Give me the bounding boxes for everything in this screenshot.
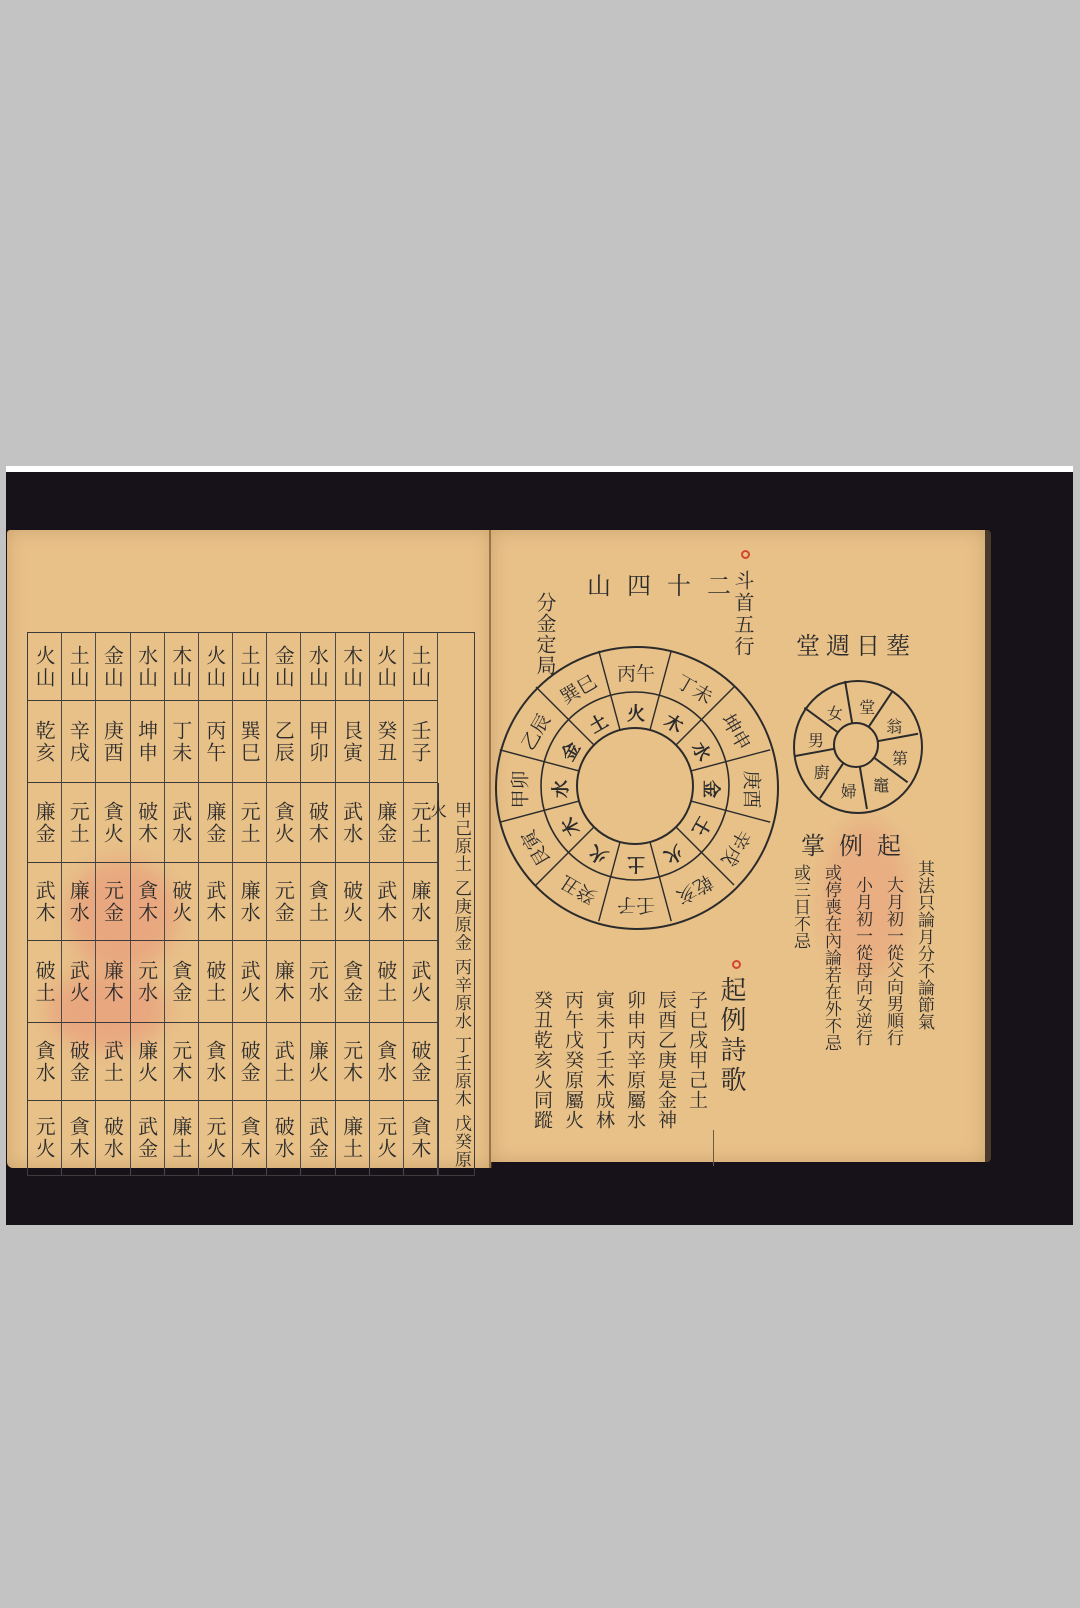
compass-outer-label: 壬子 (617, 893, 655, 920)
table-cell: 乾亥 (28, 701, 62, 783)
table-cell: 元土 (404, 783, 438, 863)
table-cell: 廉土 (165, 1101, 199, 1175)
table-cell: 破土 (28, 941, 62, 1023)
table-cell: 貪火 (96, 783, 130, 863)
table-cell: 貪木 (233, 1101, 267, 1175)
table-cell: 貪木 (404, 1101, 438, 1175)
table-cell: 丁未 (165, 701, 199, 783)
table-cell: 武土 (267, 1023, 301, 1101)
table-header-cell: 土山 (62, 633, 96, 701)
page-rule (713, 1130, 714, 1166)
table-cell: 元土 (62, 783, 96, 863)
table-cell: 武火 (62, 941, 96, 1023)
table-cell: 貪土 (301, 863, 335, 941)
table-header-cell: 水山 (131, 633, 165, 701)
burial-wheel-label: 男 (808, 728, 824, 751)
poem-line: 癸丑乾亥火同蹤 (529, 990, 556, 1200)
table-header-cell: 土山 (404, 633, 438, 701)
table-cell: 武水 (336, 783, 370, 863)
table-cell: 武金 (131, 1101, 165, 1175)
table-cell: 廉金 (28, 783, 62, 863)
left-page: 火山土山金山水山木山火山土山金山水山木山火山土山乾亥辛戌庚酉坤申丁未丙午巽巳乙辰… (7, 530, 491, 1168)
table-cell: 破金 (404, 1023, 438, 1101)
table-cell: 破木 (301, 783, 335, 863)
table-cell: 武水 (165, 783, 199, 863)
table-cell: 破金 (62, 1023, 96, 1101)
table-cell: 元火 (370, 1101, 404, 1175)
table-cell: 廉水 (233, 863, 267, 941)
burial-wheel: 堂翁第竈婦廚男女 (793, 680, 923, 814)
compass-inner-label: 火 (627, 700, 645, 726)
table-grid: 火山土山金山水山木山火山土山金山水山木山火山土山乾亥辛戌庚酉坤申丁未丙午巽巳乙辰… (28, 633, 438, 1175)
burial-wheel-label: 翁 (886, 714, 902, 737)
table-cell: 貪水 (199, 1023, 233, 1101)
table-cell: 元土 (233, 783, 267, 863)
table-cell: 破土 (199, 941, 233, 1023)
table-cell: 元木 (165, 1023, 199, 1101)
table-cell: 武金 (301, 1101, 335, 1175)
palm-method-body: 其法只論月分不論節氣 大月初一從父向男順行 小月初一從母向女逆行 或停喪在內論若… (787, 860, 937, 1110)
compass-outer-label: 甲卯 (506, 770, 533, 808)
table-cell: 廉水 (404, 863, 438, 941)
table-cell: 坤申 (131, 701, 165, 783)
compass-outer-label: 庚酉 (740, 770, 767, 808)
table-cell: 武木 (370, 863, 404, 941)
side-note-column: 甲己原土 乙庚原金 丙辛原水 丁壬原木 戊癸原火 (438, 783, 474, 1175)
table-cell: 廉金 (370, 783, 404, 863)
poem-title: 起例詩歌 (713, 976, 750, 1096)
table-cell: 貪水 (370, 1023, 404, 1101)
table-cell: 元火 (199, 1101, 233, 1175)
compass-inner-label: 金 (699, 780, 725, 798)
compass-outer-label: 丙午 (617, 659, 655, 686)
table-cell: 廉金 (199, 783, 233, 863)
table-cell: 破金 (233, 1023, 267, 1101)
poem-line: 子巳戌甲己土 (684, 990, 711, 1200)
table-cell: 巽巳 (233, 701, 267, 783)
burial-wheel-label: 竈 (873, 773, 889, 796)
palm-line: 大月初一從父向男順行 (881, 876, 906, 1110)
burial-wheel-label: 廚 (814, 760, 830, 783)
table-cell: 武土 (96, 1023, 130, 1101)
palm-line: 或三日不忌 (788, 864, 813, 1110)
compass-inner-label: 土 (627, 852, 645, 878)
table-cell: 廉水 (62, 863, 96, 941)
table-cell: 元水 (131, 941, 165, 1023)
table-header-cell: 火山 (28, 633, 62, 701)
table-cell: 元金 (96, 863, 130, 941)
table-cell: 武木 (28, 863, 62, 941)
label-dou-shou-wu-xing: 斗首五行 (729, 570, 758, 658)
table-cell: 丙午 (199, 701, 233, 783)
table-cell: 破土 (370, 941, 404, 1023)
mountain-element-table: 火山土山金山水山木山火山土山金山水山木山火山土山乾亥辛戌庚酉坤申丁未丙午巽巳乙辰… (27, 632, 475, 1176)
table-cell: 破水 (267, 1101, 301, 1175)
side-note-text: 甲己原土 乙庚原金 丙辛原水 丁壬原木 戊癸原火 (439, 801, 474, 1175)
table-header-cell: 火山 (370, 633, 404, 701)
table-cell: 壬子 (404, 701, 438, 783)
table-cell: 廉火 (301, 1023, 335, 1101)
table-cell: 廉土 (336, 1101, 370, 1175)
table-cell: 武火 (233, 941, 267, 1023)
table-cell: 甲卯 (301, 701, 335, 783)
table-cell: 癸丑 (370, 701, 404, 783)
palm-method-title: 起例掌 (801, 826, 915, 861)
table-cell: 武火 (404, 941, 438, 1023)
burial-wheel-label: 堂 (859, 695, 875, 718)
table-cell: 艮寅 (336, 701, 370, 783)
table-cell: 破木 (131, 783, 165, 863)
table-header-cell: 金山 (267, 633, 301, 701)
burial-wheel-title: 塟日週堂 (796, 626, 916, 661)
poem-line: 寅未丁壬木成林 (591, 990, 618, 1200)
table-cell: 廉火 (131, 1023, 165, 1101)
manuscript-photo: 火山土山金山水山木山火山土山金山水山木山火山土山乾亥辛戌庚酉坤申丁未丙午巽巳乙辰… (6, 466, 1073, 1225)
table-cell: 元火 (28, 1101, 62, 1175)
red-circle-mark (732, 960, 741, 969)
table-cell: 元水 (301, 941, 335, 1023)
burial-wheel-label: 女 (827, 701, 843, 724)
right-page: 二十四山 斗首五行 分金定局 壬子癸丑艮寅甲卯乙辰巽巳丙午丁未坤申庚酉辛戌乾亥 … (491, 530, 991, 1162)
poem-line: 丙午戊癸原屬火 (560, 990, 587, 1200)
palm-line: 其法只論月分不論節氣 (912, 860, 937, 1110)
table-cell: 貪木 (62, 1101, 96, 1175)
table-cell: 元木 (336, 1023, 370, 1101)
palm-line: 或停喪在內論若在外不忌 (819, 864, 844, 1110)
table-cell: 貪火 (267, 783, 301, 863)
compass-dividers (495, 646, 775, 926)
table-cell: 廉木 (267, 941, 301, 1023)
table-header-cell: 木山 (336, 633, 370, 701)
table-cell: 元金 (267, 863, 301, 941)
palm-line: 小月初一從母向女逆行 (850, 876, 875, 1110)
poem-body: 子巳戌甲己土 辰酉乙庚是金神 卯申丙辛原屬水 寅未丁壬木成林 丙午戊癸原屬火 癸… (511, 990, 711, 1200)
table-cell: 貪木 (131, 863, 165, 941)
burial-wheel-label: 婦 (841, 779, 857, 802)
table-header-cell: 木山 (165, 633, 199, 701)
title-24-mountains: 二十四山 (587, 566, 747, 601)
table-cell: 破火 (165, 863, 199, 941)
compass-inner-label: 水 (547, 780, 573, 798)
table-cell: 乙辰 (267, 701, 301, 783)
table-cell: 廉木 (96, 941, 130, 1023)
red-circle-mark (741, 550, 750, 559)
poem-line: 卯申丙辛原屬水 (622, 990, 649, 1200)
table-cell: 貪金 (336, 941, 370, 1023)
table-header-cell: 金山 (96, 633, 130, 701)
table-cell: 貪水 (28, 1023, 62, 1101)
table-cell: 武木 (199, 863, 233, 941)
table-cell: 破火 (336, 863, 370, 941)
table-cell: 破水 (96, 1101, 130, 1175)
compass-outer-ring: 壬子癸丑艮寅甲卯乙辰巽巳丙午丁未坤申庚酉辛戌乾亥 土火木水金土火木水金土火 (495, 646, 779, 930)
table-header-cell: 土山 (233, 633, 267, 701)
table-cell: 辛戌 (62, 701, 96, 783)
table-header-cell: 火山 (199, 633, 233, 701)
table-header-cell: 水山 (301, 633, 335, 701)
top-white-strip (6, 466, 1073, 472)
table-cell: 貪金 (165, 941, 199, 1023)
poem-line: 辰酉乙庚是金神 (653, 990, 680, 1200)
burial-wheel-label: 第 (892, 746, 908, 769)
table-cell: 庚酉 (96, 701, 130, 783)
